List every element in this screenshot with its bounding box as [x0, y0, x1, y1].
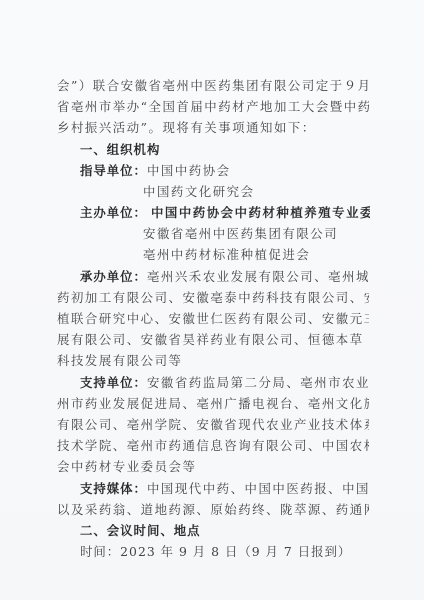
organizer-line-1: 亳州兴禾农业发展有限公司、亳州城建汉广中医 — [147, 269, 370, 284]
organizer-line-5: 科技发展有限公司等 — [57, 353, 369, 369]
intro-line-2: 省亳州市举办“全国首届中药材产地加工大会暨中药材产业助力 — [57, 99, 369, 115]
support-line-5: 会中药材专业委员会等 — [57, 459, 369, 475]
support-line-2: 州市药业发展促进局、亳州广播电视台、亳州文化旅游控股集团 — [57, 396, 369, 412]
support-line-3: 有限公司、亳州学院、安徽省现代农业产业技术体系、亳州职业 — [57, 417, 369, 433]
guide-units-label: 指导单位： — [80, 163, 147, 178]
organizer-units-label: 承办单位： — [80, 269, 147, 284]
host-units-label: 主办单位： — [80, 205, 147, 220]
media-line-2: 以及采药翁、道地药源、原始药终、陇萃源、药通网等自媒体 — [57, 502, 369, 518]
host-units-row: 主办单位：中国中药协会中药材种植养殖专业委员会 — [80, 205, 370, 221]
meeting-time-row: 时间：2023 年 9 月 8 日（9 月 7 日报到） — [80, 544, 370, 560]
intro-line-1: 会”）联合安徽省亳州中医药集团有限公司定于９月８日在安徽 — [57, 78, 369, 94]
document-page: 会”）联合安徽省亳州中医药集团有限公司定于９月８日在安徽 省亳州市举办“全国首届… — [0, 0, 424, 600]
support-media-row: 支持媒体：中国现代中药、中国中医药报、中国医药报等， — [80, 481, 370, 497]
organizer-line-4: 展有限公司、安徽省昊祥药业有限公司、恒德本草（北京）农业 — [57, 332, 369, 348]
support-media-label: 支持媒体： — [80, 481, 147, 496]
support-units-row: 支持单位：安徽省药监局第二分局、亳州市农业农村局、亳 — [80, 375, 370, 391]
organizer-line-3: 植联合研究中心、安徽世仁医药有限公司、安徽元三健康产业发 — [57, 311, 369, 327]
section-2-title: 二、会议时间、地点 — [80, 523, 370, 539]
media-line-1: 中国现代中药、中国中医药报、中国医药报等， — [147, 481, 370, 496]
host-unit-3: 亳州中药材标准种植促进会 — [143, 247, 373, 263]
guide-units-row: 指导单位：中国中药协会 — [80, 163, 370, 179]
host-unit-1: 中国中药协会中药材种植养殖专业委员会 — [151, 205, 370, 220]
intro-line-3: 乡村振兴活动”。现将有关事项通知如下： — [57, 120, 369, 136]
guide-unit-2: 中国药文化研究会 — [143, 184, 373, 200]
organizer-line-2: 药初加工有限公司、安徽亳泰中药科技有限公司、安徽中药材种 — [57, 290, 369, 306]
time-value: 2023 年 9 月 8 日（9 月 7 日报到） — [120, 544, 351, 559]
host-unit-2: 安徽省亳州中医药集团有限公司 — [143, 226, 373, 242]
organizer-units-row: 承办单位：亳州兴禾农业发展有限公司、亳州城建汉广中医 — [80, 269, 370, 285]
support-units-label: 支持单位： — [80, 375, 147, 390]
time-label: 时间： — [80, 544, 120, 559]
support-line-4: 技术学院、亳州市药通信息咨询有限公司、中国农村专业技术协 — [57, 438, 369, 454]
guide-unit-1: 中国中药协会 — [147, 163, 231, 178]
support-line-1: 安徽省药监局第二分局、亳州市农业农村局、亳 — [147, 375, 370, 390]
section-1-title: 一、组织机构 — [80, 142, 370, 158]
